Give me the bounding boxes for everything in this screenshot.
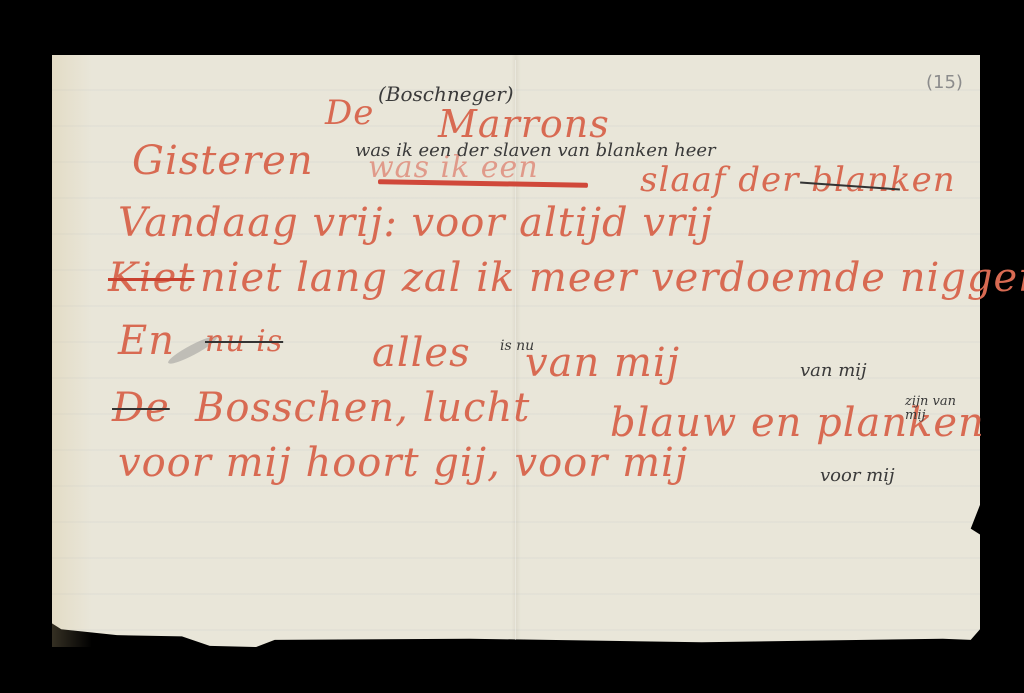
line4-struck: nu is (205, 324, 283, 359)
line4-pencil-tail: van mij (800, 360, 867, 381)
line2: Vandaag vrij: voor altijd vrij (118, 200, 713, 246)
line1-tail: slaaf der blanken (640, 160, 956, 200)
line5-struck: De (112, 385, 170, 431)
paper-stain (52, 55, 92, 647)
line6: voor mij hoort gij, voor mij (118, 440, 688, 486)
line1-gisteren: Gisteren (132, 138, 314, 184)
line1-pencil-insert: was ik een der slaven van blanken heer (355, 140, 716, 161)
line3: niet lang zal ik meer verdoemde nigger (200, 255, 1024, 301)
line6-pencil-tail: voor mij (820, 465, 895, 486)
line4-tail: van mij (525, 340, 680, 386)
line5-pencil-insert: zijn van mij (905, 395, 965, 423)
title-de: De (325, 93, 374, 133)
line3-struck: Kiet (108, 255, 194, 301)
line4-alles: alles (372, 330, 471, 376)
line4-en: En (118, 318, 175, 364)
page-number: (15) (926, 72, 963, 93)
line5: Bosschen, lucht (195, 385, 530, 431)
